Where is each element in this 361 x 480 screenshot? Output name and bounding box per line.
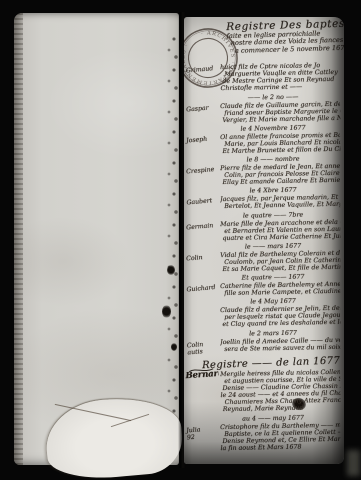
register-manuscript-page: · ARCHIVES · DEPARTEMENTALES · Registre …	[184, 17, 344, 464]
entry-lines: Jacques filz, par Jerque mandarin, Et Cl…	[220, 194, 340, 210]
ink-spot	[171, 343, 177, 351]
entry-date-line: le 8 —— nombre	[240, 156, 306, 164]
baptism-entry: GasparClaude filz de Guillaume garcin, E…	[186, 103, 340, 134]
entry-lines: Mergile heiress fille du nicolas Collene…	[220, 369, 341, 414]
page-edge-shadow	[14, 13, 23, 465]
left-blank-page	[14, 13, 179, 465]
entry-lines: Joellin fille d Amedee Caille —— du vern…	[220, 336, 340, 352]
baptism-entry: GermainMarie fille de Jean arcachone et …	[186, 221, 340, 252]
entry-margin-name: Crespine	[185, 164, 222, 198]
ink-spot	[167, 265, 175, 275]
baptism-entry: GuichardCatherine fille de Barthelemy et…	[186, 283, 340, 307]
entries: Grimaudhuict filz de Cptre nicolas de Jo…	[186, 64, 340, 452]
entry-margin-name: Colin	[185, 250, 222, 284]
entry-line: Vergier, Et Marie marchande fille a Nobl…	[222, 114, 340, 123]
entry-date-line: le —— mars 1677	[240, 242, 306, 250]
entry-margin-name: Guichard	[185, 282, 221, 309]
scanned-register-photo: · ARCHIVES · DEPARTEMENTALES · Registre …	[0, 0, 361, 480]
entry-line: Reynaud, Marie Reynaud	[223, 404, 341, 413]
entry-margin-name: Bernardet	[184, 370, 222, 425]
entry-lines: Claude filz de Guillaume garcin, Et de M…	[220, 100, 340, 124]
entry-line: Ellay Et amande Cailandre Et Barnier par…	[222, 177, 340, 186]
ink-spot	[162, 305, 171, 318]
baptism-entry: ColinVidal filz de Barthelemy Colerain e…	[186, 252, 340, 283]
entry-line: Bertelot, Et Jeanne Vaquille, Et Marguer…	[224, 201, 340, 210]
entry-lines: huict filz de Cptre nicolas de JoMarguer…	[220, 62, 341, 93]
entry-line: Et sa Marie Caquet, Et fille de Martin G…	[222, 264, 340, 273]
entry-line: Christofle marrine et ——	[220, 83, 340, 92]
baptism-entry: GaubertJacques filz, par Jerque mandarin…	[186, 196, 340, 220]
baptism-entry: CrespinePierre filz de medard le Jean, E…	[186, 165, 340, 196]
entry-line: Et Marthe Brunette et fillon de Du Chass…	[222, 146, 340, 155]
header-line: a commencer le 5 novembre 1677	[235, 45, 341, 55]
entry-date-line: le 2 mars 1677	[240, 329, 306, 337]
baptism-entry: JosephOl anne fillette francoise promis …	[186, 134, 340, 165]
entry-lines: Vidal filz de Barthelemy Colerain et de …	[220, 250, 340, 274]
entry-lines: Claude filz d andernier se Jelin, Et del…	[220, 305, 340, 329]
entry-margin-name: Germain	[185, 219, 222, 253]
entry-margin-name: Julia 92	[185, 422, 221, 453]
entry-line: fille son Marie Campete, et Claudine Gui…	[224, 288, 340, 297]
baptism-entry: BernardetMergile heiress fille du nicola…	[186, 371, 340, 424]
entry-lines: Catherine fille de Barthelemy et Anne Gi…	[220, 281, 340, 297]
entry-margin-name: Gaspar	[185, 101, 222, 135]
entry-margin-name	[185, 306, 222, 340]
manuscript-text: Registre Des baptesmes faite en leglise …	[186, 21, 340, 464]
entry-lines: Ol anne fillette francoise promis et Bar…	[220, 132, 340, 156]
entry-line: sera de Ste marie sauvez du mil soixante…	[224, 343, 340, 352]
entry-date-line: —— le 2 no ——	[240, 93, 306, 101]
baptism-entry: Julia 92Cristophore filz du Barthelemy —…	[186, 424, 340, 452]
baptism-entry: Claude filz d andernier se Jelin, Et del…	[186, 307, 340, 338]
entry-date-line: au 4 —— may 1677	[240, 414, 306, 422]
entry-margin-name: Gaubert	[185, 195, 221, 222]
entry-date-line: le quatre —— 7bre	[240, 211, 306, 219]
next-page-corner	[347, 450, 360, 476]
register-header: Registre Des baptesmes faite en leglise …	[226, 18, 341, 55]
entry-line: quatre et Cira Marie Catherine Et Julian…	[222, 233, 340, 242]
entry-lines: Cristophore filz du Barthelemy —— mestre…	[220, 422, 341, 453]
entry-line: et Clay quand tre les deshalande et le f…	[222, 319, 340, 328]
entry-lines: Pierre filz de medard le Jean, Et anne s…	[220, 163, 340, 187]
baptism-entry: Colin autisJoellin fille d Amedee Caille…	[186, 339, 340, 356]
entry-margin-name: Joseph	[185, 132, 222, 166]
entry-lines: Marie fille de Jean arcachone et dela Cl…	[220, 218, 340, 242]
entry-line: la fin aoust Et Mars 1678	[220, 443, 340, 452]
entry-date-line: le 4 Novembre 1677	[240, 124, 306, 132]
entry-margin-name: Grimaud	[184, 63, 221, 104]
entry-margin-name: Colin autis	[185, 337, 220, 356]
baptism-entry: Grimaudhuict filz de Cptre nicolas de Jo…	[186, 64, 340, 102]
